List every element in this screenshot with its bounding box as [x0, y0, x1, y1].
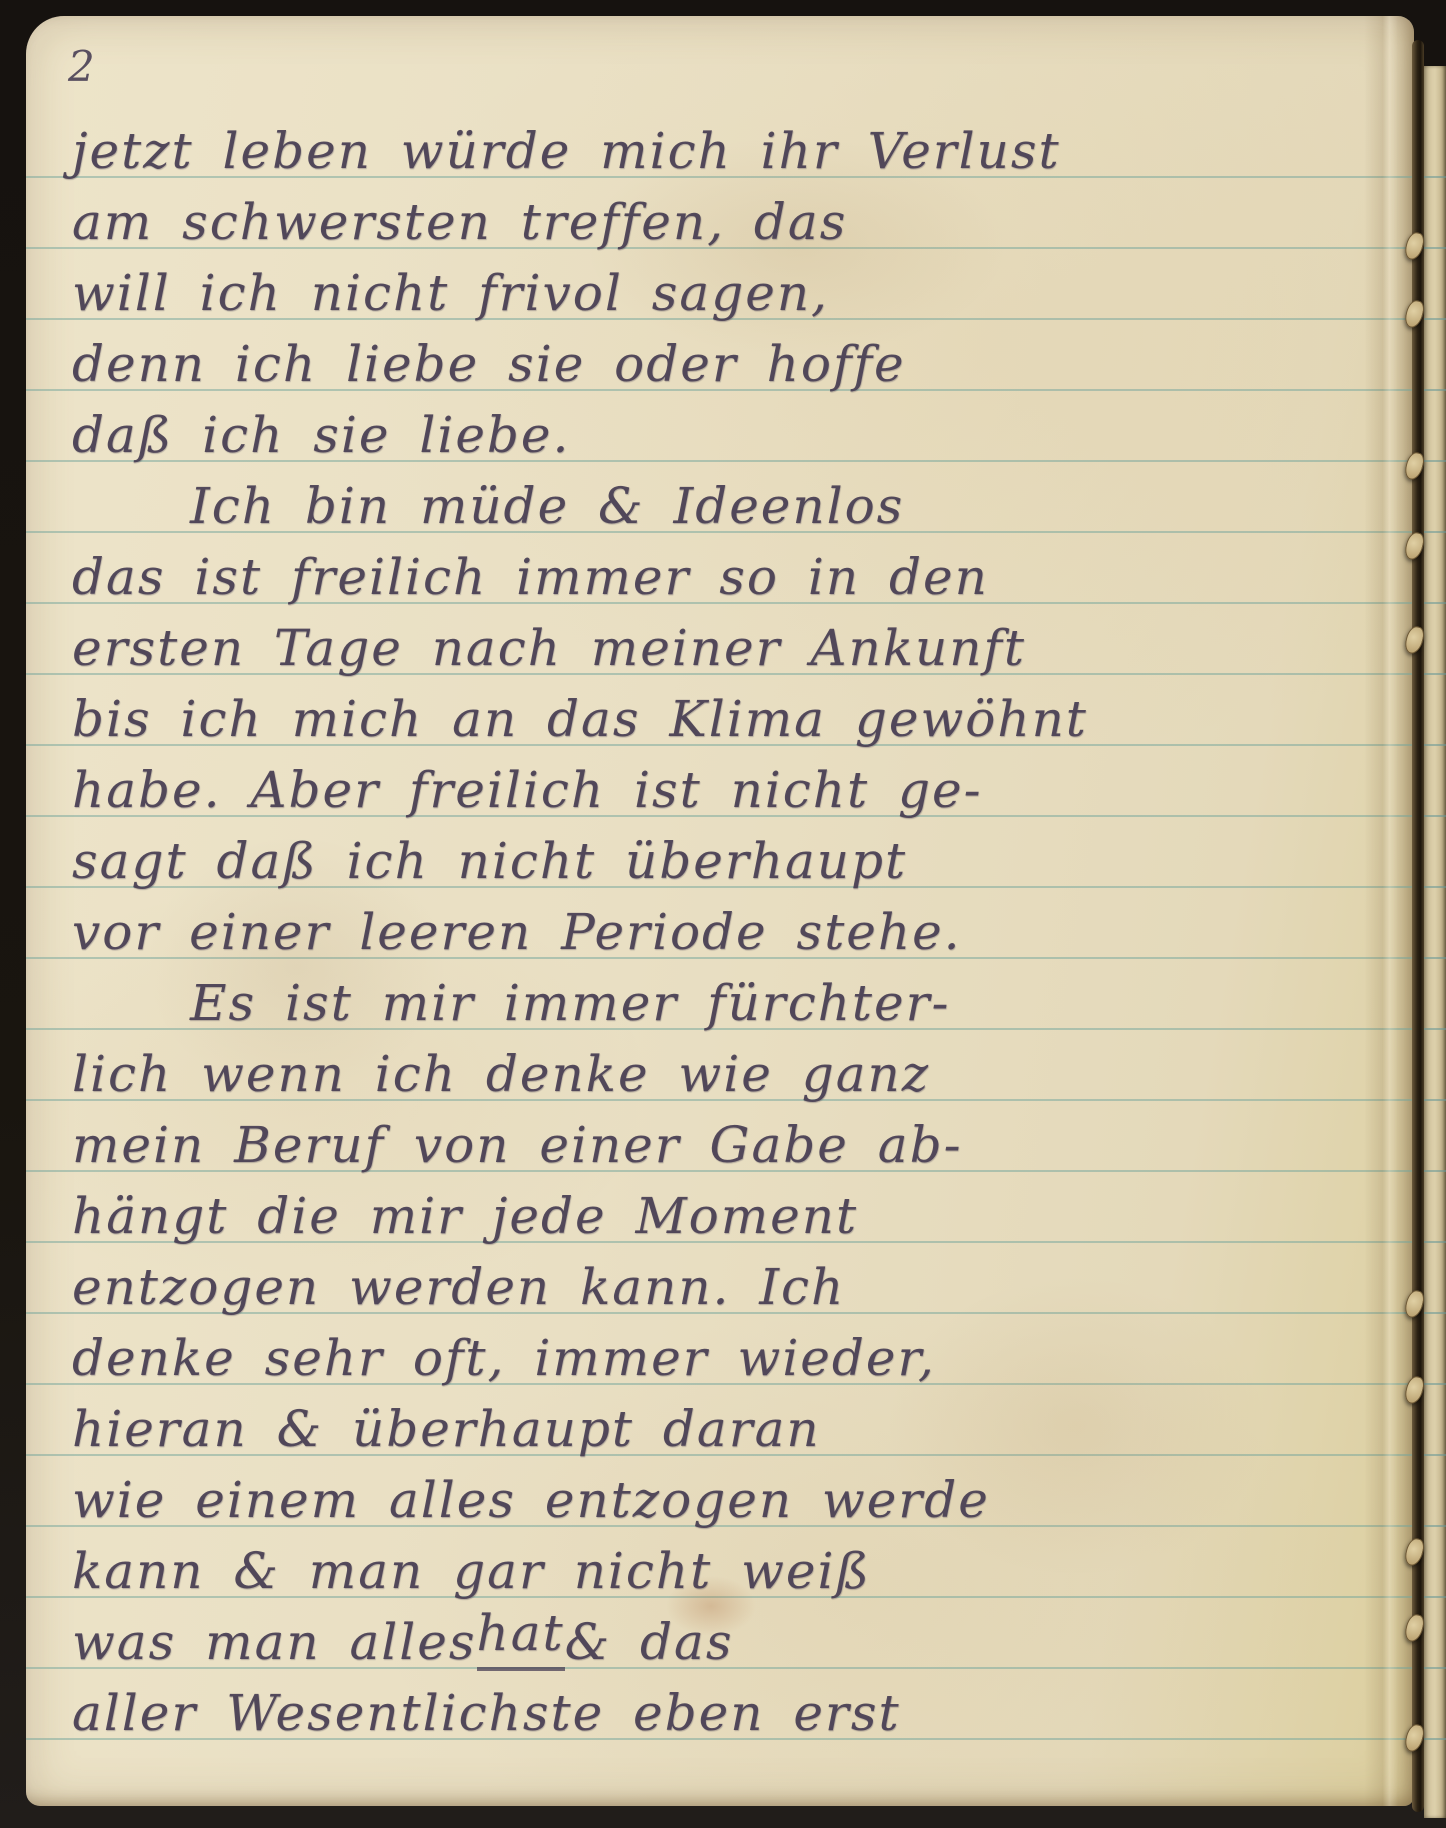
manuscript-text: daß ich sie liebe. [72, 406, 570, 464]
manuscript-text: will ich nicht frivol sagen, [72, 264, 829, 322]
manuscript-text: & das [565, 1613, 734, 1671]
manuscript-text: das ist freilich immer so in den [72, 548, 989, 606]
manuscript-line: hieran & überhaupt daran [72, 1380, 1404, 1458]
manuscript-line: hängt die mir jede Moment [72, 1167, 1404, 1245]
manuscript-line: wie einem alles entzogen werde [72, 1451, 1404, 1529]
manuscript-text: hieran & überhaupt daran [72, 1400, 821, 1458]
manuscript-line: will ich nicht frivol sagen, [72, 244, 1404, 322]
manuscript-line: habe. Aber freilich ist nicht ge- [72, 741, 1404, 819]
manuscript-line: vor einer leeren Periode stehe. [72, 883, 1404, 961]
page-number: 2 [68, 42, 95, 91]
manuscript-text: jetzt leben würde mich ihr Verlust [72, 122, 1061, 180]
manuscript-line: denke sehr oft, immer wieder, [72, 1309, 1404, 1387]
manuscript-text: ersten Tage nach meiner Ankunft [72, 619, 1026, 677]
manuscript-text: hängt die mir jede Moment [72, 1187, 858, 1245]
manuscript-line: lich wenn ich denke wie ganz [72, 1025, 1404, 1103]
manuscript-text: sagt daß ich nicht überhaupt [72, 832, 907, 890]
manuscript-text: entzogen werden kann. Ich [72, 1258, 845, 1316]
manuscript-line: am schwersten treffen, das [72, 173, 1404, 251]
manuscript-line: ersten Tage nach meiner Ankunft [72, 599, 1404, 677]
manuscript-line: daß ich sie liebe. [72, 386, 1404, 464]
manuscript-text: kann & man gar nicht weiß [72, 1542, 871, 1600]
manuscript-text: bis ich mich an das Klima gewöhnt [72, 690, 1088, 748]
manuscript-line: bis ich mich an das Klima gewöhnt [72, 670, 1404, 748]
manuscript-text: denke sehr oft, immer wieder, [72, 1329, 936, 1387]
manuscript-text: vor einer leeren Periode stehe. [72, 903, 962, 961]
manuscript-text: Es ist mir immer fürchter- [190, 974, 950, 1032]
manuscript-text: wie einem alles entzogen werde [72, 1471, 990, 1529]
manuscript-line: sagt daß ich nicht überhaupt [72, 812, 1404, 890]
manuscript-text: denn ich liebe sie oder hoffe [72, 335, 906, 393]
manuscript-line: mein Beruf von einer Gabe ab- [72, 1096, 1404, 1174]
ruled-lines [1424, 162, 1446, 1792]
next-page-edge [1424, 66, 1446, 1818]
manuscript-text: am schwersten treffen, das [72, 193, 847, 251]
manuscript-line: aller Wesentlichste eben erst [72, 1664, 1404, 1742]
manuscript-line: entzogen werden kann. Ich [72, 1238, 1404, 1316]
manuscript-text: aller Wesentlichste eben erst [72, 1684, 901, 1742]
manuscript-text: mein Beruf von einer Gabe ab- [72, 1116, 963, 1174]
manuscript-line: kann & man gar nicht weiß [72, 1522, 1404, 1600]
manuscript-line: das ist freilich immer so in den [72, 528, 1404, 606]
underlined-word: hat [477, 1604, 565, 1671]
manuscript-text: Ich bin müde & Ideenlos [190, 477, 904, 535]
manuscript-text: habe. Aber freilich ist nicht ge- [72, 761, 982, 819]
manuscript-line: Es ist mir immer fürchter- [72, 954, 1404, 1032]
manuscript-text: lich wenn ich denke wie ganz [72, 1045, 930, 1103]
notebook-page: 2 jetzt leben würde mich ihr Verlust am … [26, 16, 1414, 1806]
manuscript-line: jetzt leben würde mich ihr Verlust [72, 102, 1404, 180]
manuscript-text: was man alles [72, 1613, 477, 1671]
manuscript-line: denn ich liebe sie oder hoffe [72, 315, 1404, 393]
manuscript-line: Ich bin müde & Ideenlos [72, 457, 1404, 535]
notebook-scan: 2 jetzt leben würde mich ihr Verlust am … [0, 0, 1446, 1828]
manuscript-line: was man alles hat & das [72, 1593, 1404, 1671]
